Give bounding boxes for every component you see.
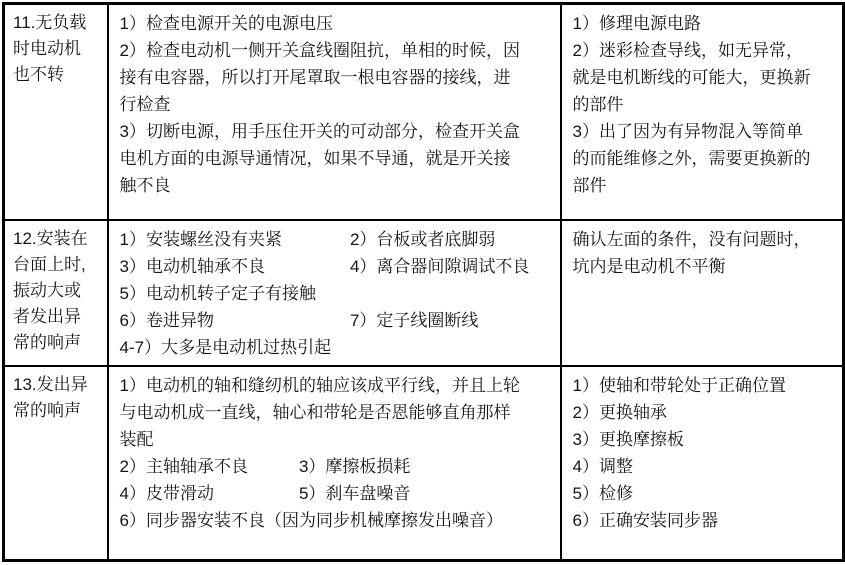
table-row-13: 13.发出异 常的响声 1）电动机的轴和缝纫机的轴应该成平行线，并且上轮 与电动… (4, 366, 844, 561)
remedy-cell-11: 1）修理电源电路 2）迷彩检查导线，如无异常， 就是电机断线的可能大，更换新 的… (561, 4, 844, 220)
problem-cell-11: 11.无负载 时电动机 也不转 (4, 4, 108, 220)
table-row-12: 12.安装在 台面上时, 振动大或 者发出异 常的响声 1）安装螺丝没有夹紧 2… (4, 220, 844, 366)
table-row-11: 11.无负载 时电动机 也不转 1）检查电源开关的电源电压 2）检查电动机一侧开… (4, 4, 844, 220)
checks-cell-13: 1）电动机的轴和缝纫机的轴应该成平行线，并且上轮 与电动机成一直线，轴心和带轮是… (108, 366, 561, 561)
checks-cell-11: 1）检查电源开关的电源电压 2）检查电动机一侧开关盒线圈阻抗，单相的时候，因 接… (108, 4, 561, 220)
checks-cell-12: 1）安装螺丝没有夹紧 2）台板或者底脚弱 3）电动机轴承不良 4）离合器间隙调试… (108, 220, 561, 366)
document-page: 11.无负载 时电动机 也不转 1）检查电源开关的电源电压 2）检查电动机一侧开… (0, 0, 845, 565)
troubleshooting-table: 11.无负载 时电动机 也不转 1）检查电源开关的电源电压 2）检查电动机一侧开… (2, 2, 845, 562)
remedy-cell-12: 确认左面的条件，没有问题时， 坑内是电动机不平衡 (561, 220, 844, 366)
problem-cell-12: 12.安装在 台面上时, 振动大或 者发出异 常的响声 (4, 220, 108, 366)
problem-cell-13: 13.发出异 常的响声 (4, 366, 108, 561)
remedy-cell-13: 1）使轴和带轮处于正确位置 2）更换轴承 3）更换摩擦板 4）调整 5）检修 6… (561, 366, 844, 561)
